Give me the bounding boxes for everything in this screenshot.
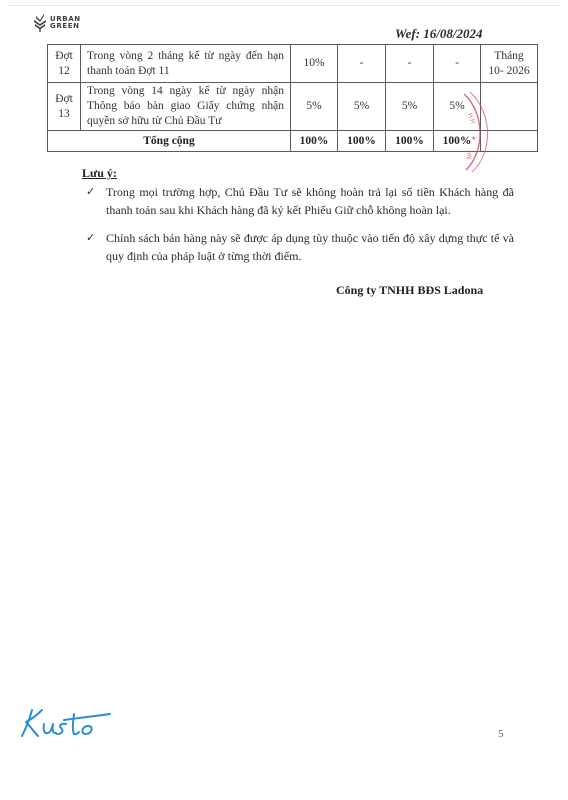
schedule-cell: Tháng 10- 2026 [481,45,538,83]
total-value: 100% [434,131,481,152]
installment-cell: Đợt 12 [48,45,81,83]
logo-line-2: GREEN [50,23,81,31]
value-cell: - [338,45,386,83]
note-item: ✓ Trong mọi trường hợp, Chủ Đầu Tư sẽ kh… [86,183,514,219]
total-schedule [481,131,538,152]
total-value: 100% [338,131,386,152]
description-cell: Trong vòng 14 ngày kể từ ngày nhận Thông… [81,83,291,131]
value-cell: - [434,45,481,83]
note-item: ✓ Chính sách bán hàng này sẽ được áp dụn… [86,229,514,265]
notes-title: Lưu ý: [82,166,117,181]
note-text: Chính sách bán hàng này sẽ được áp dụng … [106,229,514,265]
payment-schedule-table: Đợt 12 Trong vòng 2 tháng kể từ ngày đến… [47,44,538,152]
value-cell: 5% [386,83,434,131]
urban-green-logo: URBAN GREEN [33,14,81,32]
company-name: Công ty TNHH BĐS Ladona [336,283,483,298]
leaf-chevron-icon [33,14,47,32]
description-cell: Trong vòng 2 tháng kể từ ngày đến hạn th… [81,45,291,83]
effective-date: Wef: 16/08/2024 [395,26,483,42]
page-top-edge [8,5,560,6]
value-cell: 5% [338,83,386,131]
value-cell: 5% [291,83,338,131]
table-row: Đợt 13 Trong vòng 14 ngày kể từ ngày nhậ… [48,83,538,131]
total-row: Tổng cộng 100% 100% 100% 100% [48,131,538,152]
note-text: Trong mọi trường hợp, Chủ Đầu Tư sẽ khôn… [106,183,514,219]
total-value: 100% [291,131,338,152]
page-number: 5 [498,728,504,740]
value-cell: 10% [291,45,338,83]
total-value: 100% [386,131,434,152]
value-cell: 5% [434,83,481,131]
total-label: Tổng cộng [48,131,291,152]
check-icon: ✓ [86,229,95,247]
table-row: Đợt 12 Trong vòng 2 tháng kể từ ngày đến… [48,45,538,83]
schedule-cell [481,83,538,131]
kusto-signature-logo [18,706,113,740]
installment-cell: Đợt 13 [48,83,81,131]
value-cell: - [386,45,434,83]
check-icon: ✓ [86,183,95,201]
